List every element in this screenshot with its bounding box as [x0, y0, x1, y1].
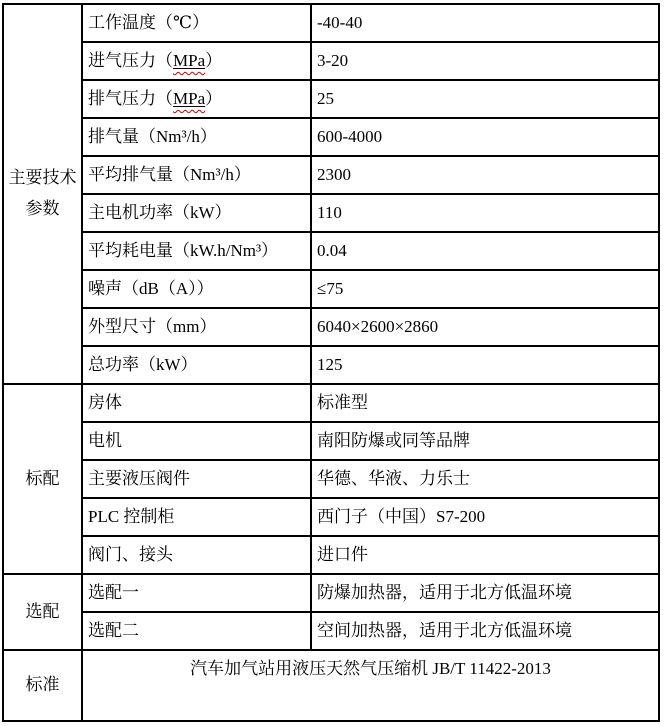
param-label-cell: 选配二	[82, 612, 311, 650]
param-value: ≤75	[317, 279, 343, 298]
table-row: 主要液压阀件 华德、华液、力乐士	[3, 460, 659, 498]
section-category-standard-config: 标配	[3, 384, 82, 574]
param-value: 防爆加热器，适用于北方低温环境	[317, 583, 572, 602]
param-value-cell: 空间加热器，适用于北方低温环境	[311, 612, 659, 650]
param-value-cell: 标准型	[311, 384, 659, 422]
table-row: 平均排气量（Nm³/h） 2300	[3, 156, 659, 194]
param-value: 2300	[317, 165, 351, 184]
standard-merged-cell: 汽车加气站用液压天然气压缩机 JB/T 11422-2013	[82, 650, 659, 721]
table-row: 进气压力（MPa） 3-20	[3, 42, 659, 80]
section-category-optional: 选配	[3, 574, 82, 650]
param-value: 空间加热器，适用于北方低温环境	[317, 621, 572, 640]
param-label-cell: PLC 控制柜	[82, 498, 311, 536]
param-label: ）	[205, 51, 222, 70]
table-row: 选配 选配一 防爆加热器，适用于北方低温环境	[3, 574, 659, 612]
param-label: 外型尺寸（mm）	[88, 317, 216, 336]
param-label: 平均耗电量（kW.h/Nm³）	[88, 241, 278, 260]
param-label-underlined: MPa	[173, 51, 205, 70]
table-row: 阀门、接头 进口件	[3, 536, 659, 574]
spec-table: 主要技术参数 工作温度（℃） -40-40 进气压力（MPa） 3-20 排气压…	[2, 3, 660, 722]
param-value: 南阳防爆或同等品牌	[317, 431, 470, 450]
param-value-cell: 华德、华液、力乐士	[311, 460, 659, 498]
table-row: 外型尺寸（mm） 6040×2600×2860	[3, 308, 659, 346]
param-label-cell: 总功率（kW）	[82, 346, 311, 384]
param-label-cell: 电机	[82, 422, 311, 460]
param-value-cell: 3-20	[311, 42, 659, 80]
param-value-cell: 125	[311, 346, 659, 384]
param-value-cell: 6040×2600×2860	[311, 308, 659, 346]
param-label: 平均排气量（Nm³/h）	[88, 165, 251, 184]
param-value: 标准型	[317, 393, 368, 412]
param-value: 华德、华液、力乐士	[317, 469, 470, 488]
param-value-cell: 0.04	[311, 232, 659, 270]
param-value: 进口件	[317, 545, 368, 564]
param-value-cell: 2300	[311, 156, 659, 194]
param-label-cell: 房体	[82, 384, 311, 422]
table-row: 平均耗电量（kW.h/Nm³） 0.04	[3, 232, 659, 270]
param-value: 6040×2600×2860	[317, 317, 438, 336]
table-row: 选配二 空间加热器，适用于北方低温环境	[3, 612, 659, 650]
param-label-cell: 主电机功率（kW）	[82, 194, 311, 232]
param-value-cell: 600-4000	[311, 118, 659, 156]
param-value-cell: ≤75	[311, 270, 659, 308]
param-value-cell: 进口件	[311, 536, 659, 574]
param-label: 选配二	[88, 621, 139, 640]
param-value: 125	[317, 355, 343, 374]
param-value-cell: 西门子（中国）S7-200	[311, 498, 659, 536]
table-row: 总功率（kW） 125	[3, 346, 659, 384]
section-category-standard: 标准	[3, 650, 82, 721]
category-label: 标准	[26, 675, 60, 694]
param-label: 排气量（Nm³/h）	[88, 127, 217, 146]
standard-value: 汽车加气站用液压天然气压缩机 JB/T 11422-2013	[190, 659, 551, 678]
table-row: 噪声（dB（A）） ≤75	[3, 270, 659, 308]
param-value: -40-40	[317, 13, 362, 32]
param-label-cell: 排气量（Nm³/h）	[82, 118, 311, 156]
table-row: 主要技术参数 工作温度（℃） -40-40	[3, 4, 659, 42]
spellcheck-squiggle: MPa	[173, 51, 205, 70]
param-value-cell: 110	[311, 194, 659, 232]
param-value: 西门子（中国）S7-200	[317, 507, 485, 526]
param-label: 主要液压阀件	[88, 469, 190, 488]
category-label: 主要技术参数	[9, 168, 77, 218]
param-value: 3-20	[317, 51, 348, 70]
param-label-cell: 外型尺寸（mm）	[82, 308, 311, 346]
param-label: 主电机功率（kW）	[88, 203, 232, 222]
category-label: 标配	[26, 469, 60, 488]
param-label-cell: 工作温度（℃）	[82, 4, 311, 42]
param-value: 25	[317, 89, 334, 108]
spellcheck-squiggle: MPa	[173, 89, 205, 108]
param-label-cell: 平均耗电量（kW.h/Nm³）	[82, 232, 311, 270]
param-label: 选配一	[88, 583, 139, 602]
table-row: 电机 南阳防爆或同等品牌	[3, 422, 659, 460]
table-row: 主电机功率（kW） 110	[3, 194, 659, 232]
param-label-cell: 噪声（dB（A））	[82, 270, 311, 308]
table-row: PLC 控制柜 西门子（中国）S7-200	[3, 498, 659, 536]
param-value-cell: 25	[311, 80, 659, 118]
table-row: 标配 房体 标准型	[3, 384, 659, 422]
param-label: PLC 控制柜	[88, 507, 174, 526]
param-label: 进气压力（	[88, 51, 173, 70]
param-label: 电机	[88, 431, 122, 450]
param-label-cell: 排气压力（MPa）	[82, 80, 311, 118]
param-value: 600-4000	[317, 127, 382, 146]
param-label: 阀门、接头	[88, 545, 173, 564]
param-label: 噪声（dB（A））	[88, 279, 214, 298]
table-row: 标准 汽车加气站用液压天然气压缩机 JB/T 11422-2013	[3, 650, 659, 721]
param-label-cell: 选配一	[82, 574, 311, 612]
section-category-main-parameters: 主要技术参数	[3, 4, 82, 384]
param-label: ）	[205, 89, 222, 108]
table-row: 排气量（Nm³/h） 600-4000	[3, 118, 659, 156]
table-row: 排气压力（MPa） 25	[3, 80, 659, 118]
param-value: 110	[317, 203, 342, 222]
param-label-cell: 主要液压阀件	[82, 460, 311, 498]
param-label-underlined: MPa	[173, 89, 205, 108]
param-label: 房体	[88, 393, 122, 412]
param-value-cell: 防爆加热器，适用于北方低温环境	[311, 574, 659, 612]
param-label-cell: 平均排气量（Nm³/h）	[82, 156, 311, 194]
category-label: 选配	[26, 602, 60, 621]
param-value-cell: -40-40	[311, 4, 659, 42]
param-label: 工作温度（℃）	[88, 13, 209, 32]
param-label: 排气压力（	[88, 89, 173, 108]
param-label-cell: 阀门、接头	[82, 536, 311, 574]
param-value: 0.04	[317, 241, 347, 260]
param-value-cell: 南阳防爆或同等品牌	[311, 422, 659, 460]
param-label-cell: 进气压力（MPa）	[82, 42, 311, 80]
param-label: 总功率（kW）	[88, 355, 198, 374]
